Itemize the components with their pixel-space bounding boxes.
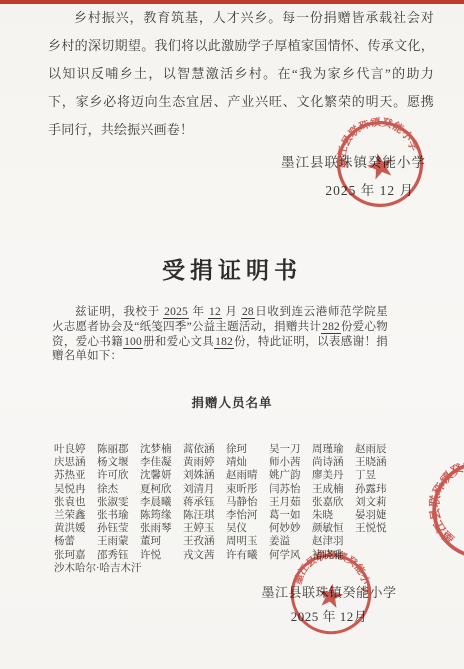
donor-name: 庆思涵 (54, 456, 97, 469)
donor-name: 丁昱 (355, 469, 398, 482)
certificate-signature-block: 墨江县联珠镇癸能小学 2025 年 12月 (254, 582, 404, 625)
donor-name: 王晓涵 (355, 456, 398, 469)
donor-name: 朱晓 (312, 509, 355, 522)
donor-name: 王孜涵 (183, 535, 226, 548)
body-text: 年 (189, 306, 208, 318)
donor-name: 何学风 (269, 549, 312, 562)
certificate-body: 兹证明，我校于 2025 年 12 月 28日收到连云港师范学院星火志愿者协会及… (52, 305, 388, 364)
empty-cell (355, 549, 398, 562)
official-seal-icon: 墨江县联珠镇癸能小学 (409, 438, 464, 583)
donor-name: 吴一刀 (269, 443, 312, 456)
donor-name: 张嘉欣 (312, 496, 355, 509)
seal-ring (416, 445, 464, 575)
donor-name: 赵津羽 (312, 535, 355, 548)
donor-name: 姜溢 (269, 535, 312, 548)
body-text: 兹证明，我校于 (75, 306, 163, 318)
donor-name: 黄雨婷 (183, 456, 226, 469)
donor-name: 苏热亚 (54, 469, 97, 482)
donor-name: 黄洪媛 (54, 522, 97, 535)
donor-name: 刘姝涵 (183, 469, 226, 482)
donor-name: 许有曦 (226, 549, 269, 562)
donor-grid: 叶良婷陈丽郡沈梦楠蒿依涵徐珂吴一刀周瑾瑜赵雨辰庆思涵杨文堰李佳凝黄雨婷靖灿师小茜… (54, 443, 398, 575)
donor-name: 许可欣 (97, 469, 140, 482)
donor-name: 吴悦冉 (54, 483, 97, 496)
donor-name: 徐珂 (226, 443, 269, 456)
donor-name: 张雨琴 (140, 522, 183, 535)
donor-name: 兰荣鑫 (54, 509, 97, 522)
underlined-value: 282 (321, 321, 341, 334)
donor-name: 何妙妙 (269, 522, 312, 535)
donor-name: 陈汪琪 (183, 509, 226, 522)
donor-name: 李佳凝 (140, 456, 183, 469)
letter-line: 手同行，共绘振兴画卷！ (48, 116, 434, 144)
donor-name: 张淑雯 (97, 496, 140, 509)
donor-name: 许悦 (140, 549, 183, 562)
underlined-value: 12 (208, 306, 222, 319)
donor-name: 蒿依涵 (183, 443, 226, 456)
donor-name: 蒋承钰 (183, 496, 226, 509)
letter-section: 乡村振兴，教育筑基，人才兴乡。每一份捐赠皆承载社会对乡村的深切期望。我们将以此激… (48, 4, 434, 204)
donor-name: 陈筠缘 (140, 509, 183, 522)
donor-name: 李晨曦 (140, 496, 183, 509)
donor-name: 周瑾瑜 (312, 443, 355, 456)
donor-name: 刘文莉 (355, 496, 398, 509)
donor-name: 赵雨晴 (226, 469, 269, 482)
empty-cell (355, 535, 398, 548)
donor-name: 杨蕾 (54, 535, 97, 548)
letter-lines: 乡村振兴，教育筑基，人才兴乡。每一份捐赠皆承载社会对乡村的深切期望。我们将以此激… (48, 4, 434, 144)
donor-name: 褚晓雅 (312, 549, 355, 562)
donor-name: 叶良婷 (54, 443, 97, 456)
underlined-value: 28 (241, 306, 255, 319)
donor-name: 赵雨辰 (355, 443, 398, 456)
certificate-signature: 墨江县联珠镇癸能小学 (254, 582, 404, 601)
donor-name: 沈梦楠 (140, 443, 183, 456)
underlined-value: 182 (214, 336, 234, 349)
donor-name: 颜敏恒 (312, 522, 355, 535)
certificate-title: 受捐证明书 (0, 252, 464, 285)
letter-signature: 墨江县联珠镇癸能小学 (48, 150, 434, 176)
donor-name: 沙木哈尔·哈吉木汗 (54, 562, 226, 575)
donor-name: 董珂 (140, 535, 183, 548)
donor-name: 戎文茜 (183, 549, 226, 562)
body-text: 册和爱心文具 (143, 336, 214, 348)
donor-name: 孙钰莹 (97, 522, 140, 535)
donor-name: 陈丽郡 (97, 443, 140, 456)
donor-name: 吴仪 (226, 522, 269, 535)
roster-title: 捐赠人员名单 (0, 393, 464, 411)
letter-line: 乡村振兴，教育筑基，人才兴乡。每一份捐赠皆承载社会对 (48, 4, 434, 32)
letter-line: 以知识反哺乡土，以智慧激活乡村。在“我为家乡代言”的助力 (48, 60, 434, 88)
letter-line: 下，家乡必将迈向生态宜居、产业兴旺、文化繁荣的明天。愿携 (48, 88, 434, 116)
donor-name: 王雨蒙 (97, 535, 140, 548)
donor-name: 李怡河 (226, 509, 269, 522)
donor-name: 晏羽婕 (355, 509, 398, 522)
donor-name: 王成楠 (312, 483, 355, 496)
donor-name: 葛一如 (269, 509, 312, 522)
underlined-value: 2025 (163, 306, 189, 319)
scanned-document-page: 乡村振兴，教育筑基，人才兴乡。每一份捐赠皆承载社会对乡村的深切期望。我们将以此激… (0, 0, 464, 669)
donor-name: 张书瑜 (97, 509, 140, 522)
donor-name: 沈馨妍 (140, 469, 183, 482)
donor-name: 张珂嘉 (54, 549, 97, 562)
donor-name: 孙露玮 (355, 483, 398, 496)
donor-name: 靖灿 (226, 456, 269, 469)
donor-name: 邵秀钰 (97, 549, 140, 562)
donor-name: 姚广韵 (269, 469, 312, 482)
donor-name: 夏柯欣 (140, 483, 183, 496)
donor-name: 师小茜 (269, 456, 312, 469)
donor-name: 杨文堰 (97, 456, 140, 469)
donor-name: 马静怡 (226, 496, 269, 509)
body-text: 月 (222, 306, 241, 318)
donor-name: 廖美丹 (312, 469, 355, 482)
donor-name: 周明玉 (226, 535, 269, 548)
donor-name: 束昕彤 (226, 483, 269, 496)
letter-line: 乡村的深切期望。我们将以此激励学子厚植家国情怀、传承文化， (48, 32, 434, 60)
seal-arc-text: 墨江县联珠镇癸能小学 (409, 438, 464, 549)
donor-name: 王婷玉 (183, 522, 226, 535)
donor-name: 徐杰 (97, 483, 140, 496)
underlined-value: 100 (123, 336, 143, 349)
donor-name: 尚诗涵 (312, 456, 355, 469)
certificate-date: 2025 年 12月 (254, 606, 404, 625)
svg-text:墨江县联珠镇癸能小学: 墨江县联珠镇癸能小学 (409, 438, 464, 549)
donor-name: 张袁也 (54, 496, 97, 509)
donor-name: 刘清月 (183, 483, 226, 496)
donor-name: 闫苏怡 (269, 483, 312, 496)
donor-name: 王月茹 (269, 496, 312, 509)
donor-name: 王悦悦 (355, 522, 398, 535)
letter-date: 2025 年 12 月 (48, 178, 434, 204)
